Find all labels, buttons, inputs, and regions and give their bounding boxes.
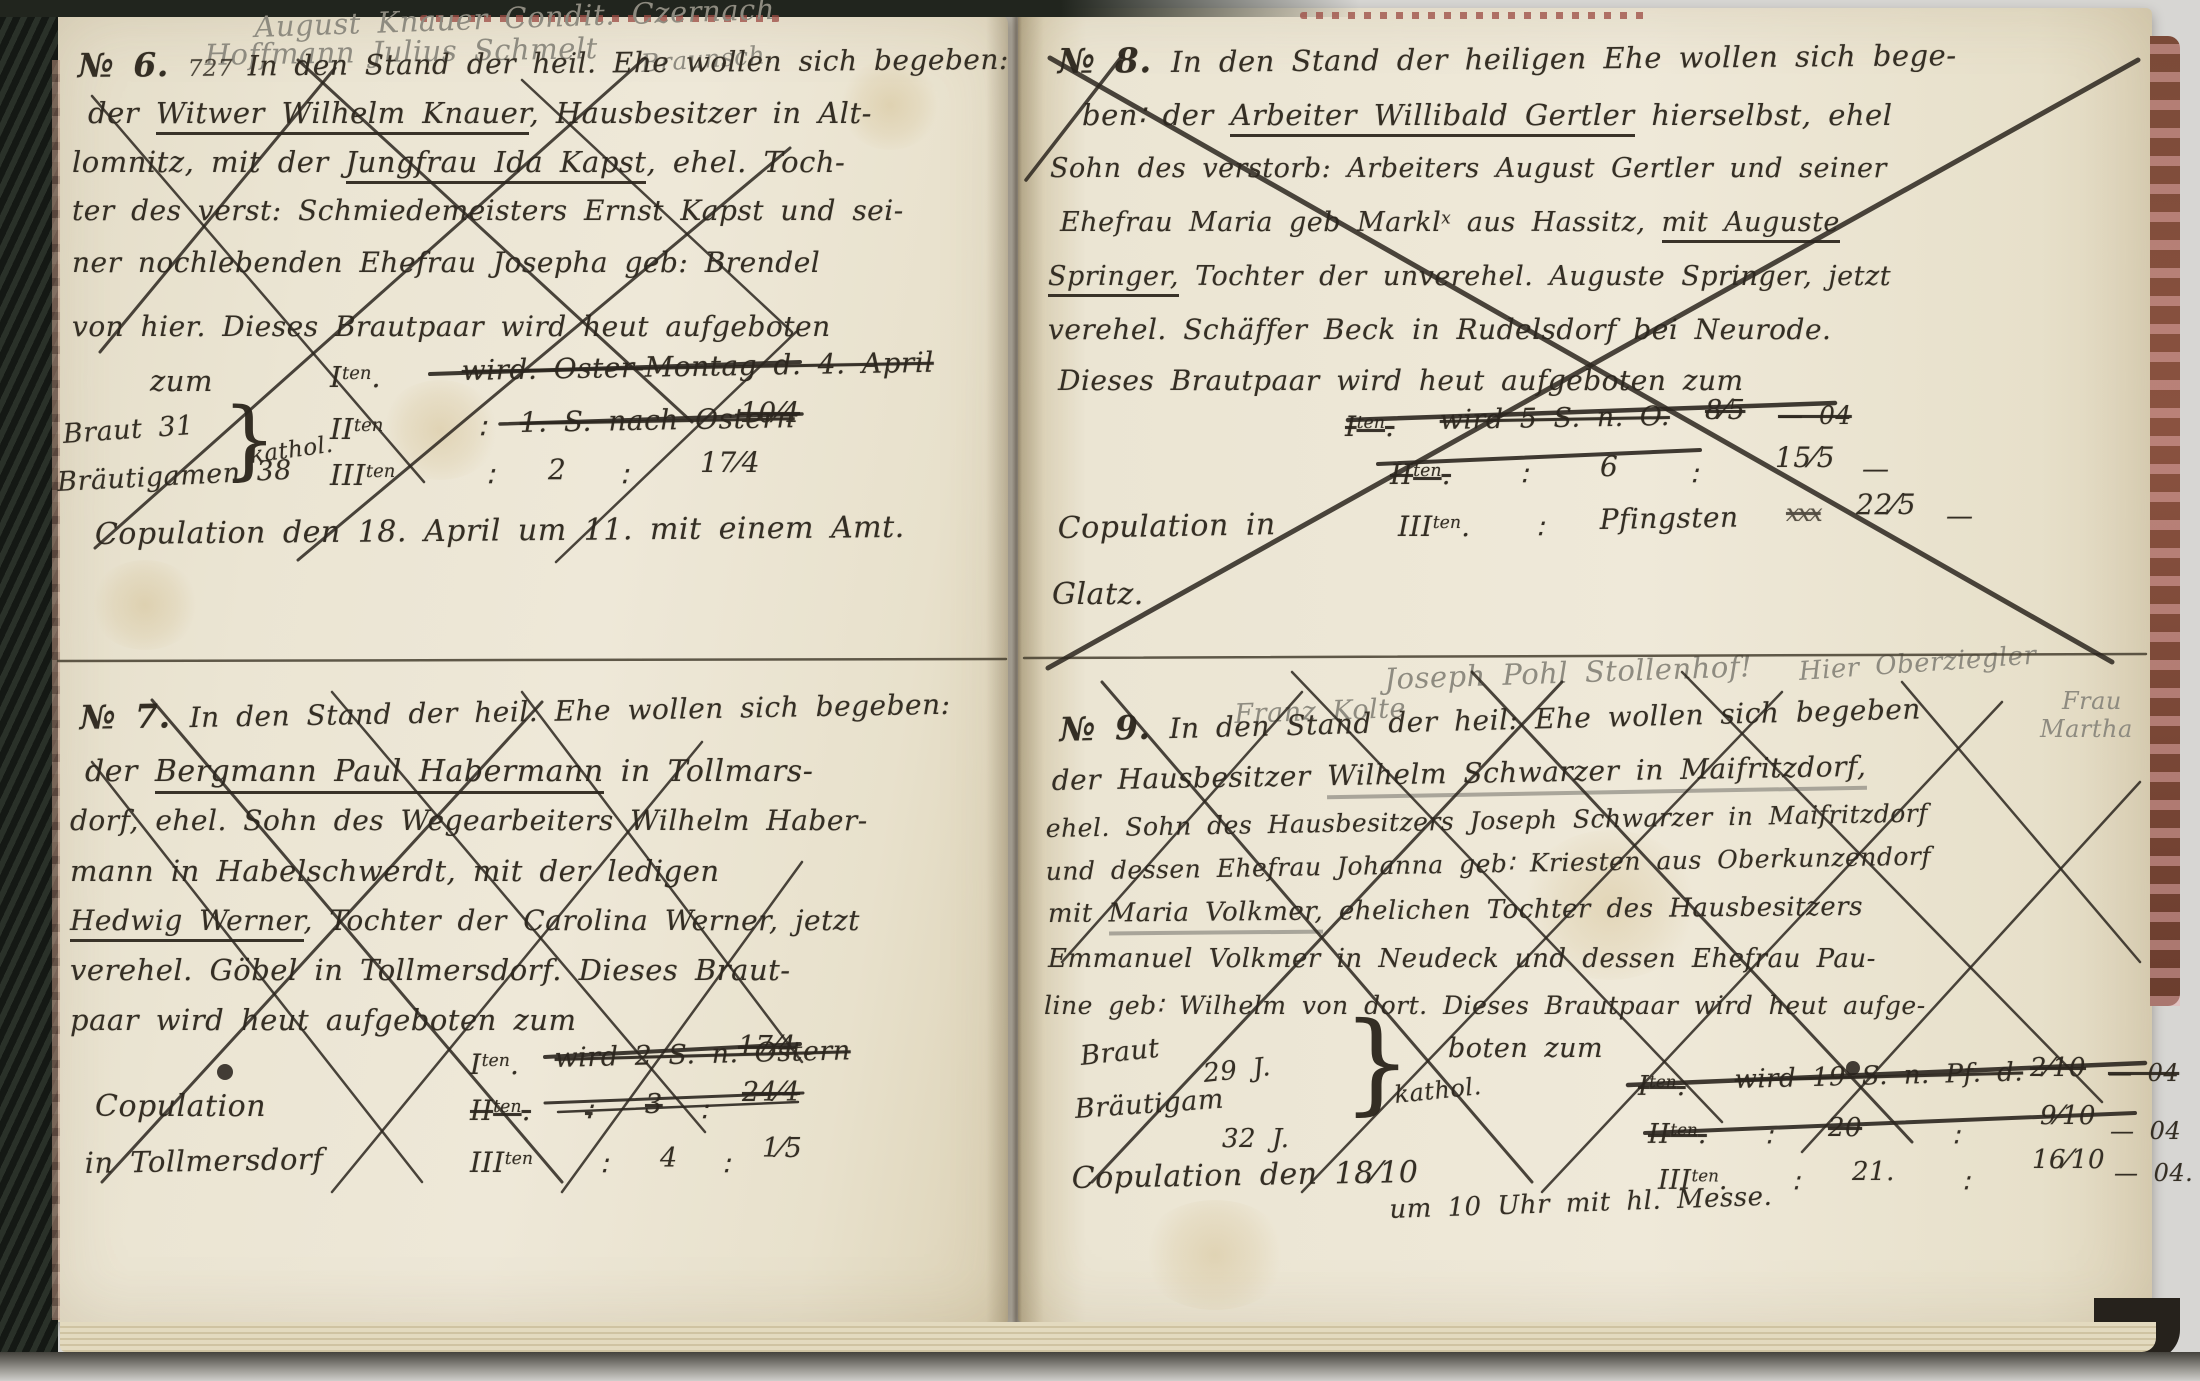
cancellation-cross-stroke — [1542, 702, 2002, 1192]
cancellation-cross-stroke — [1802, 782, 2140, 1152]
heavy-strikethrough-stroke — [1645, 1113, 2135, 1133]
cancellation-cross-stroke — [152, 700, 562, 1182]
cancellation-cross-stroke — [1102, 682, 1532, 1182]
cancellation-cross-stroke — [92, 96, 424, 482]
cancellation-cross-stroke — [298, 148, 790, 560]
cancellation-cross-stroke — [522, 80, 792, 332]
section-divider-left-page — [58, 659, 1006, 661]
heavy-strikethrough-stroke — [430, 362, 800, 374]
cancellation-cross-stroke — [522, 692, 802, 1062]
ink-blot — [1846, 1061, 1860, 1075]
heavy-strikethrough-stroke — [545, 1044, 800, 1057]
photo-background: August Knauer Condit. CzernachHoffmann J… — [0, 0, 2200, 1381]
cancellation-cross-stroke — [1472, 672, 1912, 1142]
cancellation-cross-stroke — [562, 862, 802, 1192]
cancellation-cross-stroke — [1050, 58, 2112, 662]
heavy-strikethrough-stroke — [558, 1102, 798, 1112]
cancellation-cross-stroke — [1302, 692, 1782, 1192]
cancellation-cross-stroke — [100, 68, 335, 352]
cancellation-cross-stroke — [1062, 692, 1302, 962]
cancellation-cross-stroke — [1092, 682, 1562, 1182]
cancellation-cross-stroke — [1682, 672, 2102, 1102]
section-divider-right-page — [1024, 654, 2146, 658]
cancellation-cross-stroke — [102, 702, 542, 1182]
heavy-strikethrough-stroke — [1628, 1063, 2145, 1085]
cancellation-cross-stroke — [332, 742, 702, 1192]
ink-blot — [217, 1064, 233, 1080]
heavy-strikethrough-stroke — [1348, 403, 1835, 420]
ink-strokes-overlay — [0, 0, 2200, 1381]
cancellation-cross-stroke — [1026, 56, 1122, 180]
heavy-strikethrough-stroke — [500, 414, 802, 424]
cancellation-cross-stroke — [332, 692, 705, 1132]
